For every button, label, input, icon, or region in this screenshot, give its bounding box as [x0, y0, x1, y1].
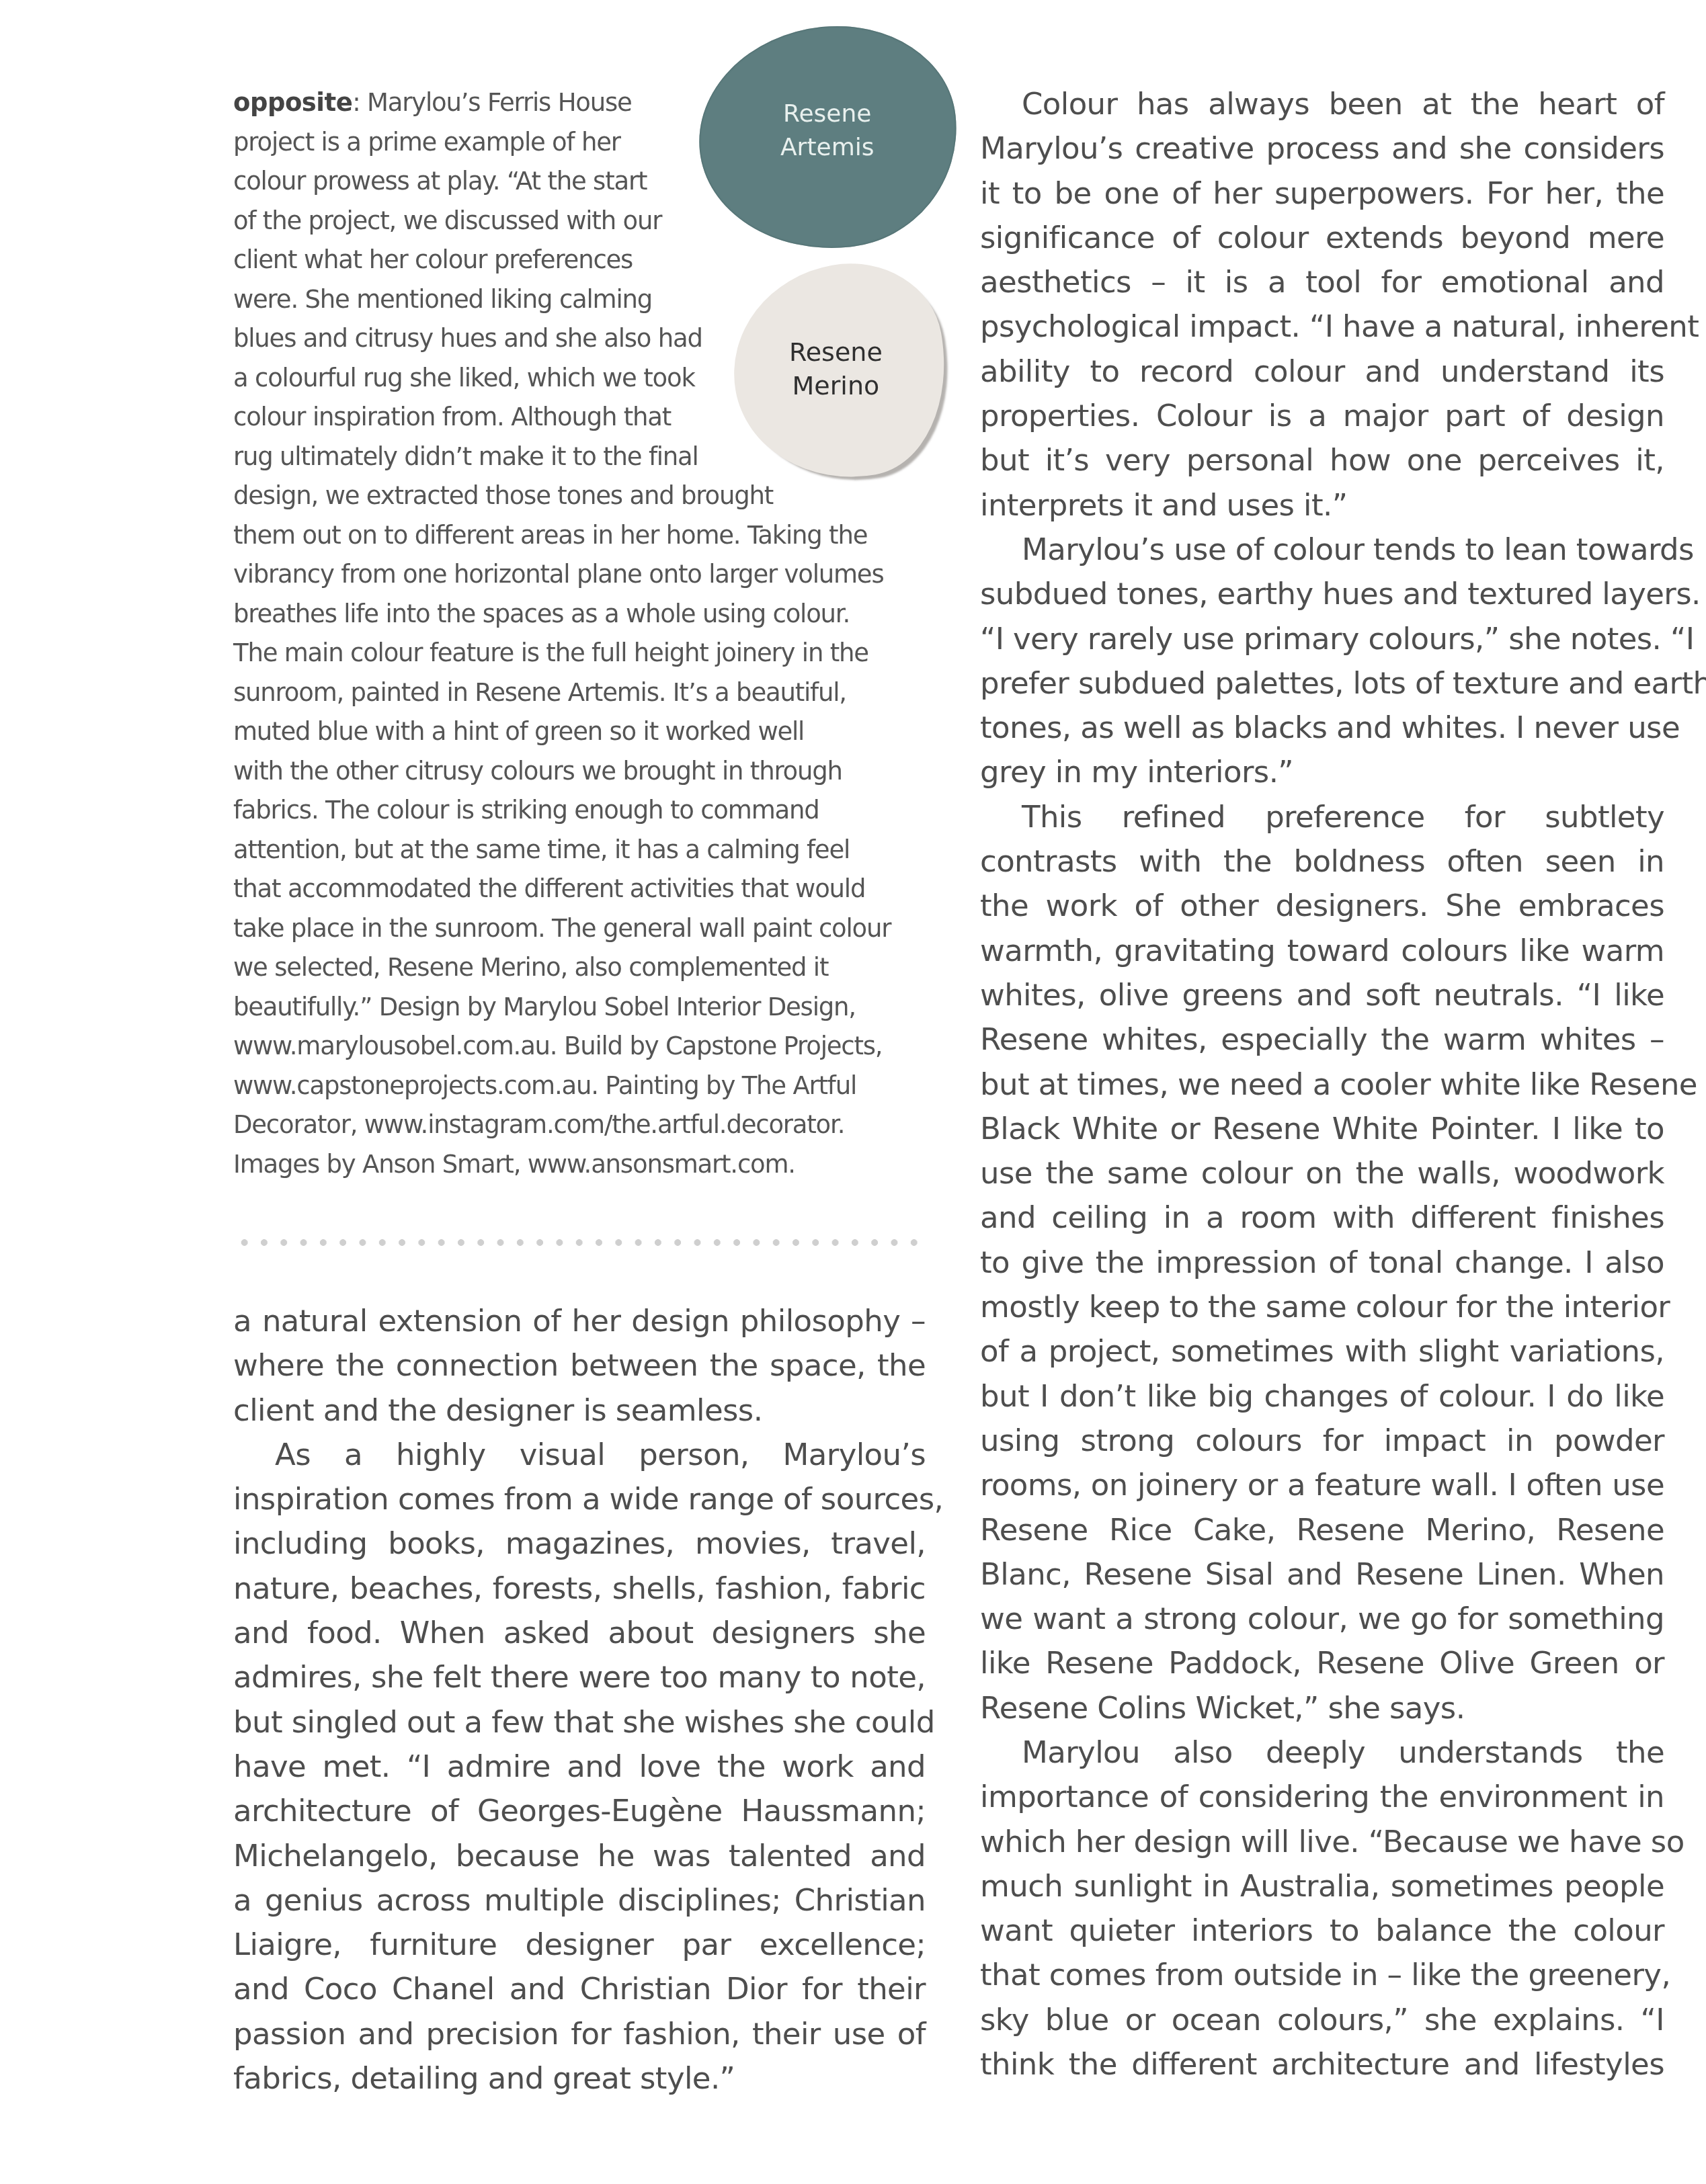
body-line: properties. Colour is a major part of de… [980, 394, 1664, 438]
body-line: prefer subdued palettes, lots of texture… [980, 661, 1664, 706]
caption-line: sunroom, painted in Resene Artemis. It’s… [233, 673, 932, 713]
body-line: warmth, gravitating toward colours like … [980, 929, 1664, 973]
body-line: This refined preference for subtlety [980, 795, 1664, 839]
body-line: aesthetics – it is a tool for emotional … [980, 260, 1664, 304]
body-line: Resene whites, especially the warm white… [980, 1017, 1664, 1062]
swatch-label: Resene Artemis [780, 97, 875, 165]
body-line: a genius across multiple disciplines; Ch… [233, 1878, 926, 1923]
caption-line: fabrics. The colour is striking enough t… [233, 791, 932, 831]
body-line: grey in my interiors.” [980, 750, 1664, 794]
body-line: and Coco Chanel and Christian Dior for t… [233, 1967, 926, 2011]
body-line: Black White or Resene White Pointer. I l… [980, 1107, 1664, 1151]
caption-line: vibrancy from one horizontal plane onto … [233, 555, 932, 595]
body-line: “I very rarely use primary colours,” she… [980, 617, 1664, 661]
body-line: it to be one of her superpowers. For her… [980, 171, 1664, 216]
body-line: fabrics, detailing and great style.” [233, 2056, 926, 2101]
caption-line: The main colour feature is the full heig… [233, 634, 932, 673]
body-line: Marylou’s use of colour tends to lean to… [980, 528, 1664, 572]
body-line: significance of colour extends beyond me… [980, 216, 1664, 260]
body-line: mostly keep to the same colour for the i… [980, 1285, 1664, 1329]
caption-line: Decorator, www.instagram.com/the.artful.… [233, 1105, 932, 1145]
body-line: want quieter interiors to balance the co… [980, 1908, 1664, 1953]
caption-line: muted blue with a hint of green so it wo… [233, 712, 932, 752]
caption-line: we selected, Resene Merino, also complem… [233, 948, 932, 988]
caption-text: : Marylou’s Ferris House [352, 88, 631, 117]
swatch-brand: Resene [780, 97, 875, 131]
body-line: have met. “I admire and love the work an… [233, 1745, 926, 1789]
body-column-right: Colour has always been at the heart of M… [980, 82, 1664, 2087]
caption-line: beautifully.” Design by Marylou Sobel In… [233, 988, 932, 1027]
caption-line: attention, but at the same time, it has … [233, 831, 932, 870]
caption-line: Images by Anson Smart, www.ansonsmart.co… [233, 1145, 932, 1185]
body-line: using strong colours for impact in powde… [980, 1419, 1664, 1463]
body-line: interprets it and uses it.” [980, 483, 1664, 528]
body-line: sky blue or ocean colours,” she explains… [980, 1998, 1664, 2042]
body-line: a natural extension of her design philos… [233, 1299, 926, 1343]
caption-line: www.capstoneprojects.com.au. Painting by… [233, 1066, 932, 1106]
body-line: ability to record colour and understand … [980, 349, 1664, 394]
magazine-page: opposite: Marylou’s Ferris House project… [0, 0, 1706, 2184]
dotted-divider [235, 1238, 924, 1247]
body-line: we want a strong colour, we go for somet… [980, 1597, 1664, 1641]
swatch-label: Resene Merino [789, 335, 883, 403]
body-line: and food. When asked about designers she [233, 1611, 926, 1655]
caption-line: breathes life into the spaces as a whole… [233, 595, 932, 634]
body-line: As a highly visual person, Marylou’s [233, 1433, 926, 1477]
body-line: Liaigre, furniture designer par excellen… [233, 1923, 926, 1967]
body-line: including books, magazines, movies, trav… [233, 1521, 926, 1566]
body-line: to give the impression of tonal change. … [980, 1241, 1664, 1285]
body-line: like Resene Paddock, Resene Olive Green … [980, 1641, 1664, 1685]
body-line: contrasts with the boldness often seen i… [980, 839, 1664, 884]
body-line: nature, beaches, forests, shells, fashio… [233, 1566, 926, 1611]
body-line: that comes from outside in – like the gr… [980, 1953, 1664, 1997]
body-line: importance of considering the environmen… [980, 1775, 1664, 1819]
body-line: Blanc, Resene Sisal and Resene Linen. Wh… [980, 1552, 1664, 1597]
body-line: client and the designer is seamless. [233, 1388, 926, 1433]
body-line: Marylou also deeply understands the [980, 1730, 1664, 1775]
swatch-colour-name: Merino [789, 369, 883, 403]
body-line: Michelangelo, because he was talented an… [233, 1834, 926, 1878]
swatch-brand: Resene [789, 335, 883, 369]
body-line: Resene Rice Cake, Resene Merino, Resene [980, 1508, 1664, 1552]
caption-line: them out on to different areas in her ho… [233, 516, 932, 556]
body-line: psychological impact. “I have a natural,… [980, 304, 1664, 349]
caption-line: with the other citrusy colours we brough… [233, 752, 932, 792]
body-line: of a project, sometimes with slight vari… [980, 1329, 1664, 1374]
caption-line: take place in the sunroom. The general w… [233, 909, 932, 949]
body-line: whites, olive greens and soft neutrals. … [980, 973, 1664, 1017]
caption-line: design, we extracted those tones and bro… [233, 476, 932, 516]
body-line: Marylou’s creative process and she consi… [980, 126, 1664, 171]
body-line: subdued tones, earthy hues and textured … [980, 572, 1664, 616]
body-line: passion and precision for fashion, their… [233, 2012, 926, 2056]
body-line: but at times, we need a cooler white lik… [980, 1062, 1664, 1107]
body-line: but I don’t like big changes of colour. … [980, 1374, 1664, 1419]
body-line: inspiration comes from a wide range of s… [233, 1477, 926, 1521]
body-line: Resene Colins Wicket,” she says. [980, 1686, 1664, 1730]
caption-lead: opposite [233, 88, 352, 117]
body-line: where the connection between the space, … [233, 1343, 926, 1388]
body-line: admires, she felt there were too many to… [233, 1655, 926, 1699]
body-line: use the same colour on the walls, woodwo… [980, 1151, 1664, 1195]
body-column-left: a natural extension of her design philos… [233, 1299, 926, 2101]
body-line: the work of other designers. She embrace… [980, 884, 1664, 928]
body-line: tones, as well as blacks and whites. I n… [980, 706, 1664, 750]
caption-line: that accommodated the different activiti… [233, 870, 932, 909]
body-line: Colour has always been at the heart of [980, 82, 1664, 126]
body-line: but it’s very personal how one perceives… [980, 438, 1664, 482]
photo-caption: opposite: Marylou’s Ferris House project… [233, 83, 932, 1184]
body-line: rooms, on joinery or a feature wall. I o… [980, 1463, 1664, 1507]
swatch-colour-name: Artemis [780, 131, 875, 165]
body-line: which her design will live. “Because we … [980, 1820, 1664, 1864]
body-line: and ceiling in a room with different fin… [980, 1195, 1664, 1240]
body-line: much sunlight in Australia, sometimes pe… [980, 1864, 1664, 1908]
body-line: think the different architecture and lif… [980, 2042, 1664, 2087]
body-line: architecture of Georges-Eugène Haussmann… [233, 1789, 926, 1833]
body-line: but singled out a few that she wishes sh… [233, 1700, 926, 1745]
caption-line: www.marylousobel.com.au. Build by Capsto… [233, 1027, 932, 1066]
